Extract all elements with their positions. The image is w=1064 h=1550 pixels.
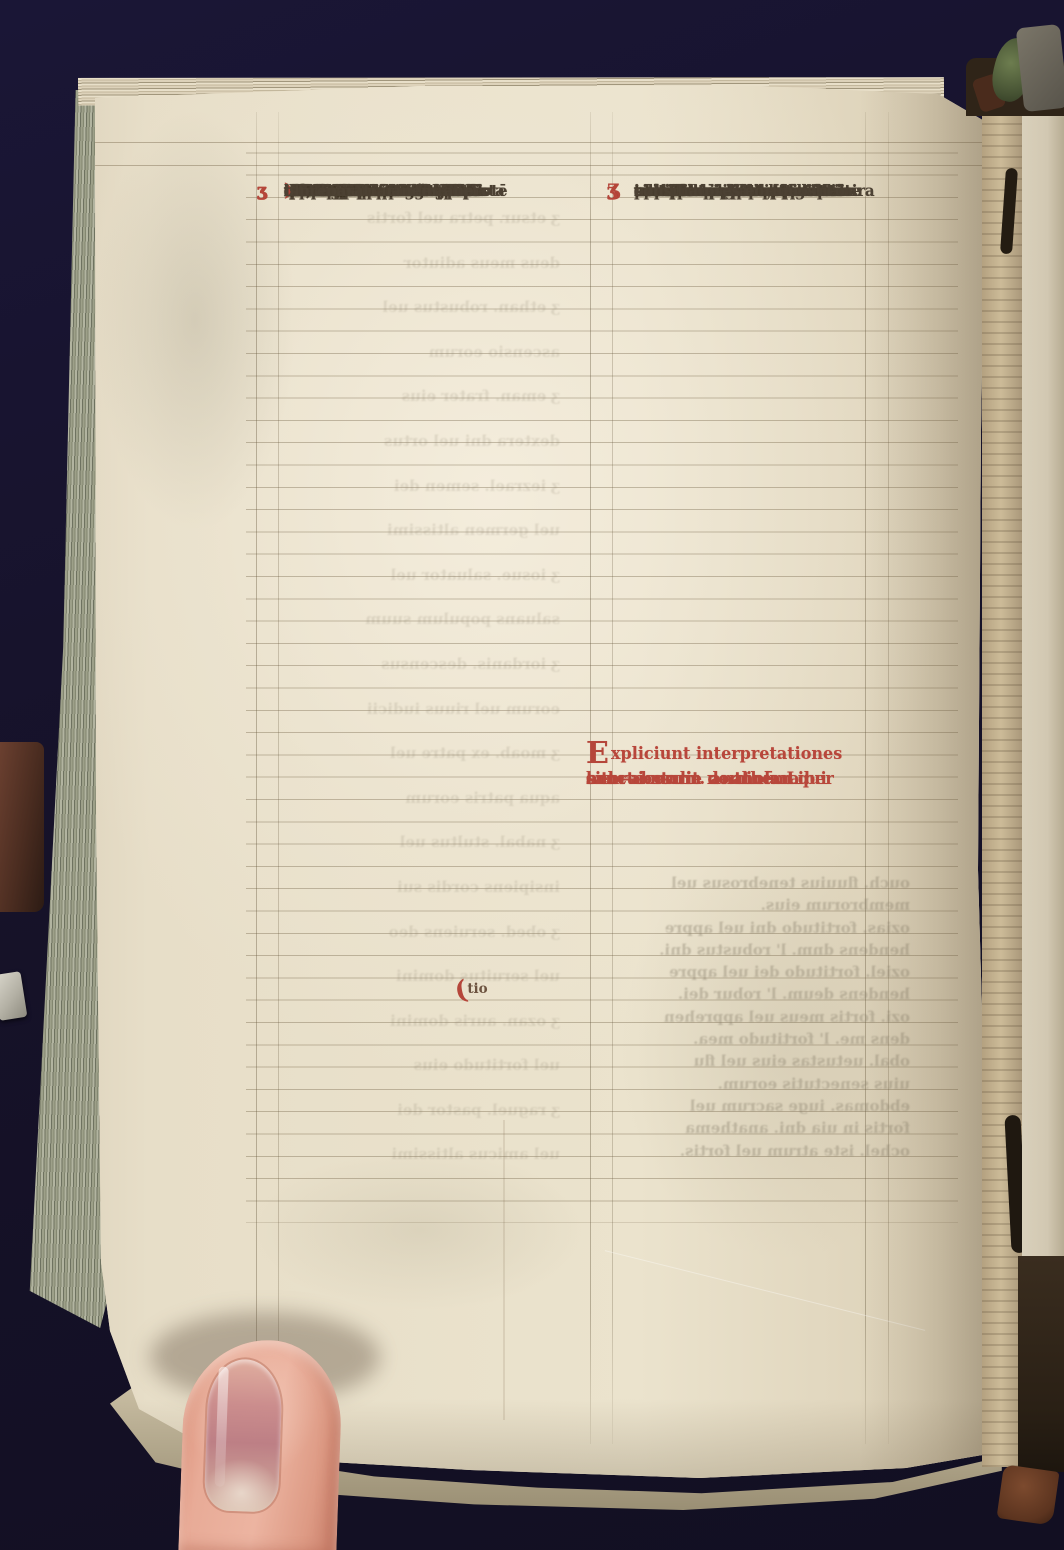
ruling-line	[95, 142, 983, 143]
binding-board-leather	[0, 742, 44, 912]
line-text: xpliciunt interpretationes	[611, 741, 842, 766]
show-through-line: eorum uel riuus iudicii	[284, 687, 560, 732]
show-through-line: uel fortitudo eius	[284, 1043, 560, 1088]
text-line: Expliciunt interpretationes	[586, 741, 898, 766]
show-through-line: uel amicus altissimi	[284, 1132, 560, 1177]
explicit-colophon: Expliciunt interpretationeshebraicorum n…	[586, 741, 898, 766]
inserted-letters: tio	[467, 981, 487, 997]
red-bracket: (	[452, 975, 470, 1007]
show-through-line: aqua patris eorum	[284, 776, 560, 821]
show-through-line: uel seruitus domini	[284, 954, 560, 999]
spine-gray-patch	[1016, 24, 1064, 112]
show-through-line: ʒ eman. frater eius	[284, 374, 560, 419]
show-through-line: insipiens cordis sui	[284, 865, 560, 910]
line-text: consiliatores eorum.	[634, 180, 803, 202]
show-through-line: ʒ nabal. stultus uel	[284, 820, 560, 865]
show-through-line: ʒ ozan. auris domini	[284, 999, 560, 1044]
facing-page-edge	[1022, 102, 1064, 1267]
manuscript-recto-page: ʒ etsur. petra uel fortisdeus meus adiut…	[0, 0, 1064, 1550]
show-through-line: deus meus adiutor	[284, 241, 560, 286]
binding-leather-right-edge	[1018, 1256, 1064, 1472]
ruling-line	[95, 165, 983, 166]
line-text: sit. ———	[586, 766, 668, 791]
show-through-line: ʒ raguel. pastor dei	[284, 1088, 560, 1133]
book-clasp	[0, 971, 27, 1021]
marginal-correction: (tio	[455, 976, 488, 1006]
show-through-line: ʒ iordanis. descensus	[284, 642, 560, 687]
ruling-vertical-line	[278, 112, 279, 1444]
show-through-line: uel germen altissimi	[284, 508, 560, 553]
spine-head	[958, 18, 1064, 116]
show-through-line: ascensio eorum	[284, 330, 560, 375]
show-through-line: ʒ iezrael. semen dei	[284, 464, 560, 509]
show-through-line: ʒ obed. seruiens deo	[284, 910, 560, 955]
ruling-vertical-line	[256, 112, 257, 1444]
show-through-line: ʒ moab. ex patre uel	[284, 731, 560, 776]
show-through-line: dextera dni uel ortus	[284, 419, 560, 464]
show-through-line: saluans populum suum	[284, 597, 560, 642]
show-through-line: ʒ iosue. saluator uel	[284, 553, 560, 598]
red-initial: ʒ	[607, 180, 616, 202]
photo-of-manuscript: ʒ etsur. petra uel fortisdeus meus adiut…	[0, 0, 1064, 1550]
show-through-line: ʒ ethan. robustus uel	[284, 285, 560, 330]
red-initial: ʒ	[257, 180, 266, 202]
show-through-text-left: ʒ etsur. petra uel fortisdeus meus adiut…	[284, 196, 560, 1177]
binding-leather-corner	[997, 1464, 1060, 1525]
line-text: l' preparati ī anem.	[284, 180, 442, 202]
show-through-line: ʒ etsur. petra uel fortis	[284, 196, 560, 241]
